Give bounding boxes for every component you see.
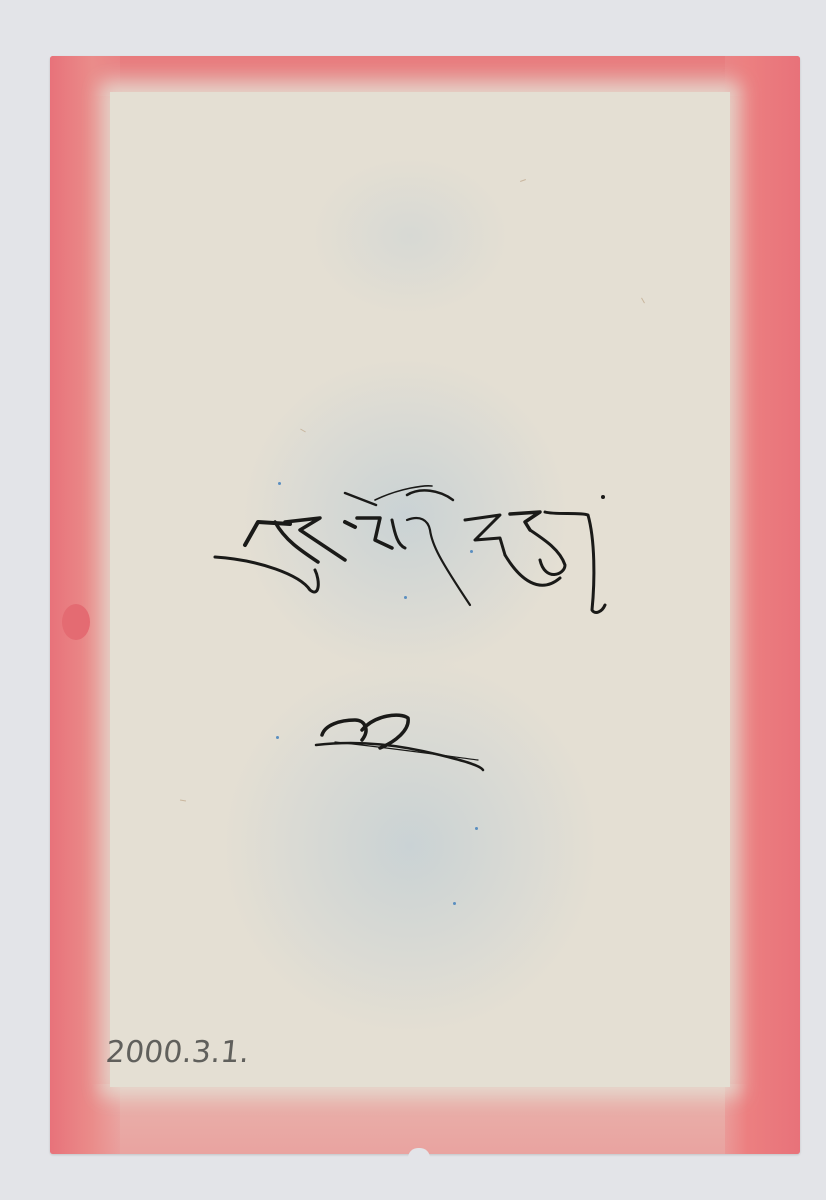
catalog-number: 2000.3.1. xyxy=(104,1035,251,1070)
tibetan-inscription xyxy=(0,0,826,1200)
